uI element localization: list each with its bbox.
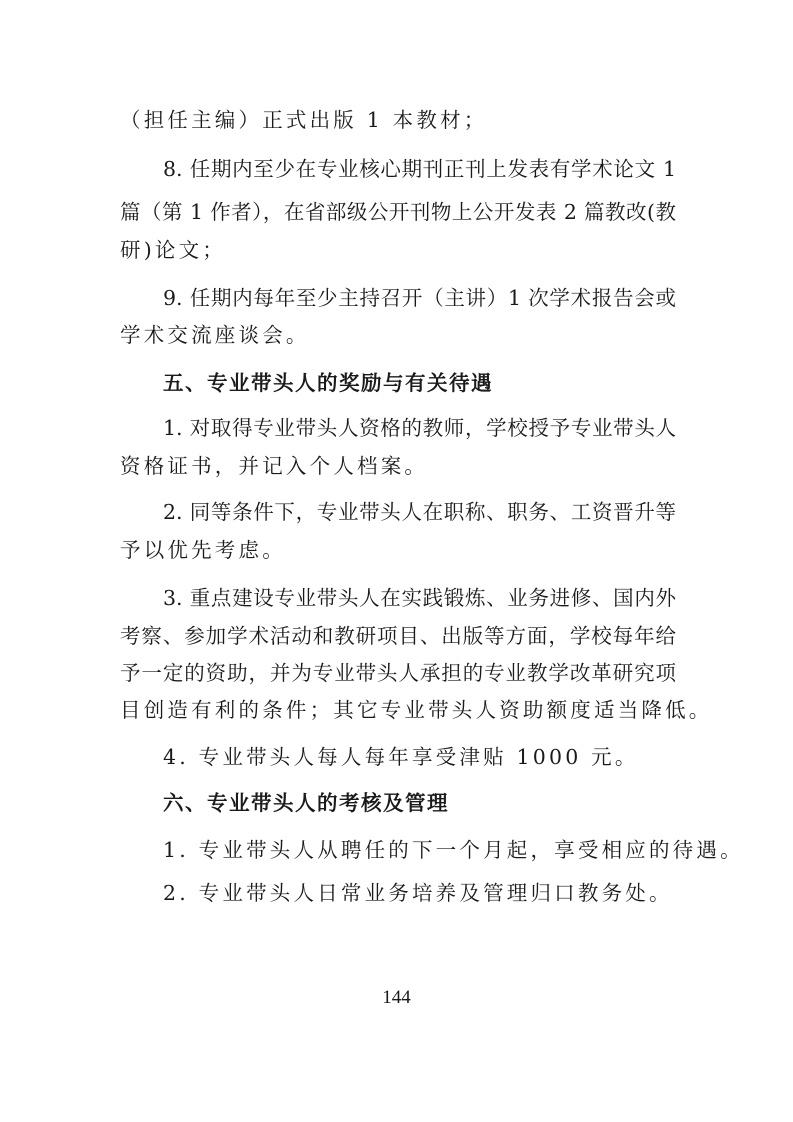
paragraph-line: 考察、参加学术活动和教研项目、出版等方面，学校每年给 xyxy=(120,622,676,650)
paragraph-line: 2. 同等条件下，专业带头人在职称、职务、工资晋升等 xyxy=(163,498,676,526)
paragraph-line: 目创造有利的条件；其它专业带头人资助额度适当降低。 xyxy=(120,696,676,724)
section-heading: 五、专业带头人的奖励与有关待遇 xyxy=(163,369,676,397)
paragraph-line: 1. 专业带头人从聘任的下一个月起，享受相应的待遇。 xyxy=(163,836,676,864)
paragraph-line: 资格证书，并记入个人档案。 xyxy=(120,452,676,480)
paragraph-line: 予一定的资助，并为专业带头人承担的专业教学改革研究项 xyxy=(120,659,676,687)
paragraph-line: 3. 重点建设专业带头人在实践锻炼、业务进修、国内外 xyxy=(163,584,676,612)
section-heading: 六、专业带头人的考核及管理 xyxy=(163,789,676,817)
paragraph-line: 篇（第 1 作者），在省部级公开刊物上公开发表 2 篇教改(教 xyxy=(120,198,676,226)
paragraph-line: 4. 专业带头人每人每年享受津贴 1000 元。 xyxy=(163,743,676,771)
paragraph-line: 8. 任期内至少在专业核心期刊正刊上发表有学术论文 1 xyxy=(163,155,676,183)
paragraph-line: 研)论文； xyxy=(120,236,676,264)
paragraph-line: 2. 专业带头人日常业务培养及管理归口教务处。 xyxy=(163,879,676,907)
paragraph-line: 1. 对取得专业带头人资格的教师，学校授予专业带头人 xyxy=(163,414,676,442)
paragraph-line: 予以优先考虑。 xyxy=(120,536,676,564)
paragraph-line: 学术交流座谈会。 xyxy=(120,321,676,349)
paragraph-line: （担任主编）正式出版 1 本教材； xyxy=(120,106,676,134)
paragraph-line: 9. 任期内每年至少主持召开（主讲）1 次学术报告会或 xyxy=(163,284,676,312)
page-number: 144 xyxy=(0,987,793,1009)
